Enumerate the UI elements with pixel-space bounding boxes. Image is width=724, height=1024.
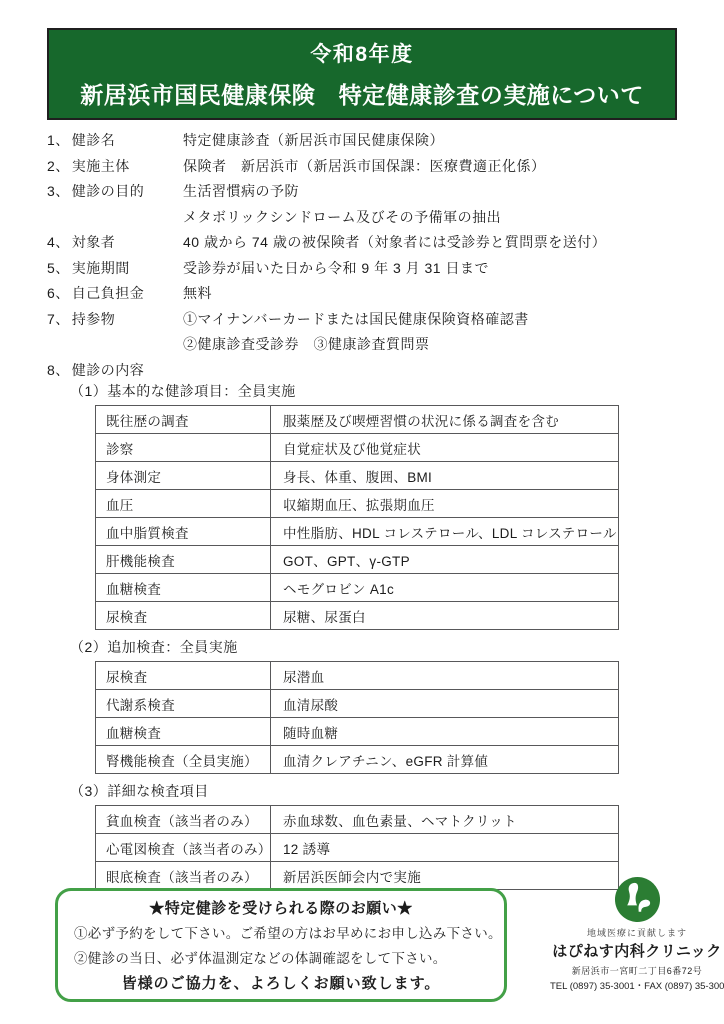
notice-closing: 皆様のご協力を、よろしくお願い致します。 [74, 971, 488, 997]
exam-item-cell: 代謝系検査 [96, 690, 271, 718]
notice-title: ★特定健診を受けられる際のお願い★ [74, 896, 488, 921]
item-value: メタボリックシンドローム及びその予備軍の抽出 [183, 205, 687, 231]
request-notice-box: ★特定健診を受けられる際のお願い★ ①必ず予約をして下さい。ご希望の方はお早めに… [55, 888, 507, 1002]
exam-detail-cell: 中性脂肪、HDL コレステロール、LDL コレステロール [271, 518, 619, 546]
clinic-bird-logo-icon [614, 876, 661, 923]
clinic-slogan: 地域医療に貢献します [550, 926, 724, 939]
item-value: 生活習慣病の予防 [183, 179, 687, 205]
list-item: 2、実施主体 保険者 新居浜市（新居浜市国保課：医療費適正化係） [47, 154, 687, 180]
table-row: 貧血検査（該当者のみ）赤血球数、血色素量、ヘマトクリット [96, 806, 619, 834]
item-value: 無料 [183, 281, 687, 307]
clinic-phone: TEL (0897) 35-3001・FAX (0897) 35-3002 [550, 978, 724, 992]
exam-detail-cell: 身長、体重、腹囲、BMI [271, 462, 619, 490]
item-label: 健診の内容 [72, 362, 145, 378]
item-value: 保険者 新居浜市（新居浜市国保課：医療費適正化係） [183, 154, 687, 180]
document-page: 令和8年度 新居浜市国民健康保険 特定健康診査の実施について 1、健診名 特定健… [0, 0, 724, 1024]
table-row: 代謝系検査血清尿酸 [96, 690, 619, 718]
detailed-exam-table: 貧血検査（該当者のみ）赤血球数、血色素量、ヘマトクリット 心電図検査（該当者のみ… [95, 805, 619, 890]
table-row: 身体測定身長、体重、腹囲、BMI [96, 462, 619, 490]
exam-detail-cell: 尿糖、尿蛋白 [271, 602, 619, 630]
item-number: 4、 [47, 230, 70, 256]
notice-line: ①必ず予約をして下さい。ご希望の方はお早めにお申し込み下さい。 [74, 921, 488, 946]
item-label: 健診名 [72, 132, 116, 148]
item-number: 6、 [47, 281, 70, 307]
exam-detail-cell: 血清尿酸 [271, 690, 619, 718]
section-heading-detailed: （3）詳細な検査項目 [70, 778, 650, 805]
item-number: 3、 [47, 179, 70, 205]
basic-exam-table: 既往歴の調査服薬歴及び喫煙習慣の状況に係る調査を含む 診察自覚症状及び他覚症状 … [95, 405, 619, 630]
list-item: 6、自己負担金 無料 [47, 281, 687, 307]
exam-detail-cell: 随時血糖 [271, 718, 619, 746]
item-label: 実施主体 [72, 158, 130, 174]
exam-item-cell: 血中脂質検査 [96, 518, 271, 546]
item-number: 7、 [47, 307, 70, 333]
table-row: 診察自覚症状及び他覚症状 [96, 434, 619, 462]
clinic-name: はぴねす内科クリニック [550, 940, 724, 961]
exam-item-cell: 貧血検査（該当者のみ） [96, 806, 271, 834]
table-row: 血糖検査ヘモグロビン A1c [96, 574, 619, 602]
item-value: 受診券が届いた日から令和 9 年 3 月 31 日まで [183, 256, 687, 282]
list-item: 7、持参物 ①マイナンバーカードまたは国民健康保険資格確認書 ②健康診査受診券 … [47, 307, 687, 358]
exam-content-sections: （1）基本的な健診項目：全員実施 既往歴の調査服薬歴及び喫煙習慣の状況に係る調査… [70, 378, 650, 894]
clinic-address: 新居浜市一宮町二丁目6番72号 [550, 964, 724, 977]
table-row: 尿検査尿潜血 [96, 662, 619, 690]
exam-detail-cell: 収縮期血圧、拡張期血圧 [271, 490, 619, 518]
list-item: 5、実施期間 受診券が届いた日から令和 9 年 3 月 31 日まで [47, 256, 687, 282]
item-value: 40 歳から 74 歳の被保険者（対象者には受診券と質問票を送付） [183, 230, 687, 256]
table-row: 腎機能検査（全員実施）血清クレアチニン、eGFR 計算値 [96, 746, 619, 774]
item-label: 持参物 [72, 311, 116, 327]
notice-line: ②健診の当日、必ず体温測定などの体調確認をして下さい。 [74, 946, 488, 971]
exam-item-cell: 既往歴の調査 [96, 406, 271, 434]
exam-item-cell: 尿検査 [96, 602, 271, 630]
section-heading-additional: （2）追加検査：全員実施 [70, 634, 650, 661]
exam-detail-cell: 赤血球数、血色素量、ヘマトクリット [271, 806, 619, 834]
section-heading-basic: （1）基本的な健診項目：全員実施 [70, 378, 650, 405]
item-label: 自己負担金 [72, 285, 145, 301]
exam-item-cell: 血糖検査 [96, 574, 271, 602]
item-label: 対象者 [72, 234, 116, 250]
page-title: 新居浜市国民健康保険 特定健康診査の実施について [80, 77, 644, 110]
exam-detail-cell: 自覚症状及び他覚症状 [271, 434, 619, 462]
table-row: 肝機能検査GOT、GPT、γ-GTP [96, 546, 619, 574]
item-value: ①マイナンバーカードまたは国民健康保険資格確認書 [183, 307, 687, 333]
exam-detail-cell: 尿潜血 [271, 662, 619, 690]
exam-item-cell: 肝機能検査 [96, 546, 271, 574]
table-row: 心電図検査（該当者のみ）12 誘導 [96, 834, 619, 862]
exam-detail-cell: 12 誘導 [271, 834, 619, 862]
exam-item-cell: 眼底検査（該当者のみ） [96, 862, 271, 890]
exam-detail-cell: ヘモグロビン A1c [271, 574, 619, 602]
table-row: 血中脂質検査中性脂肪、HDL コレステロール、LDL コレステロール [96, 518, 619, 546]
table-row: 血圧収縮期血圧、拡張期血圧 [96, 490, 619, 518]
item-number: 1、 [47, 128, 70, 154]
exam-detail-cell: GOT、GPT、γ-GTP [271, 546, 619, 574]
item-number: 2、 [47, 154, 70, 180]
exam-item-cell: 腎機能検査（全員実施） [96, 746, 271, 774]
item-number: 8、 [47, 358, 70, 384]
additional-exam-table: 尿検査尿潜血 代謝系検査血清尿酸 血糖検査随時血糖 腎機能検査（全員実施）血清ク… [95, 661, 619, 774]
item-value: 特定健康診査（新居浜市国民健康保険） [183, 128, 687, 154]
list-item: 3、健診の目的 生活習慣病の予防 メタボリックシンドローム及びその予備軍の抽出 [47, 179, 687, 230]
list-item: 1、健診名 特定健康診査（新居浜市国民健康保険） [47, 128, 687, 154]
title-banner: 令和8年度 新居浜市国民健康保険 特定健康診査の実施について [47, 28, 677, 120]
table-row: 既往歴の調査服薬歴及び喫煙習慣の状況に係る調査を含む [96, 406, 619, 434]
list-item: 4、対象者 40 歳から 74 歳の被保険者（対象者には受診券と質問票を送付） [47, 230, 687, 256]
table-row: 血糖検査随時血糖 [96, 718, 619, 746]
item-number: 5、 [47, 256, 70, 282]
fiscal-year-title: 令和8年度 [310, 38, 413, 68]
exam-detail-cell: 血清クレアチニン、eGFR 計算値 [271, 746, 619, 774]
exam-item-cell: 血糖検査 [96, 718, 271, 746]
clinic-info-block: 地域医療に貢献します はぴねす内科クリニック 新居浜市一宮町二丁目6番72号 T… [550, 876, 724, 992]
exam-item-cell: 身体測定 [96, 462, 271, 490]
item-label: 健診の目的 [72, 183, 145, 199]
numbered-item-list: 1、健診名 特定健康診査（新居浜市国民健康保険） 2、実施主体 保険者 新居浜市… [47, 128, 687, 383]
exam-item-cell: 心電図検査（該当者のみ） [96, 834, 271, 862]
item-value: ②健康診査受診券 ③健康診査質問票 [183, 332, 687, 358]
exam-item-cell: 尿検査 [96, 662, 271, 690]
item-label: 実施期間 [72, 260, 130, 276]
exam-item-cell: 診察 [96, 434, 271, 462]
table-row: 尿検査尿糖、尿蛋白 [96, 602, 619, 630]
table-row: 眼底検査（該当者のみ）新居浜医師会内で実施 [96, 862, 619, 890]
exam-detail-cell: 服薬歴及び喫煙習慣の状況に係る調査を含む [271, 406, 619, 434]
exam-item-cell: 血圧 [96, 490, 271, 518]
